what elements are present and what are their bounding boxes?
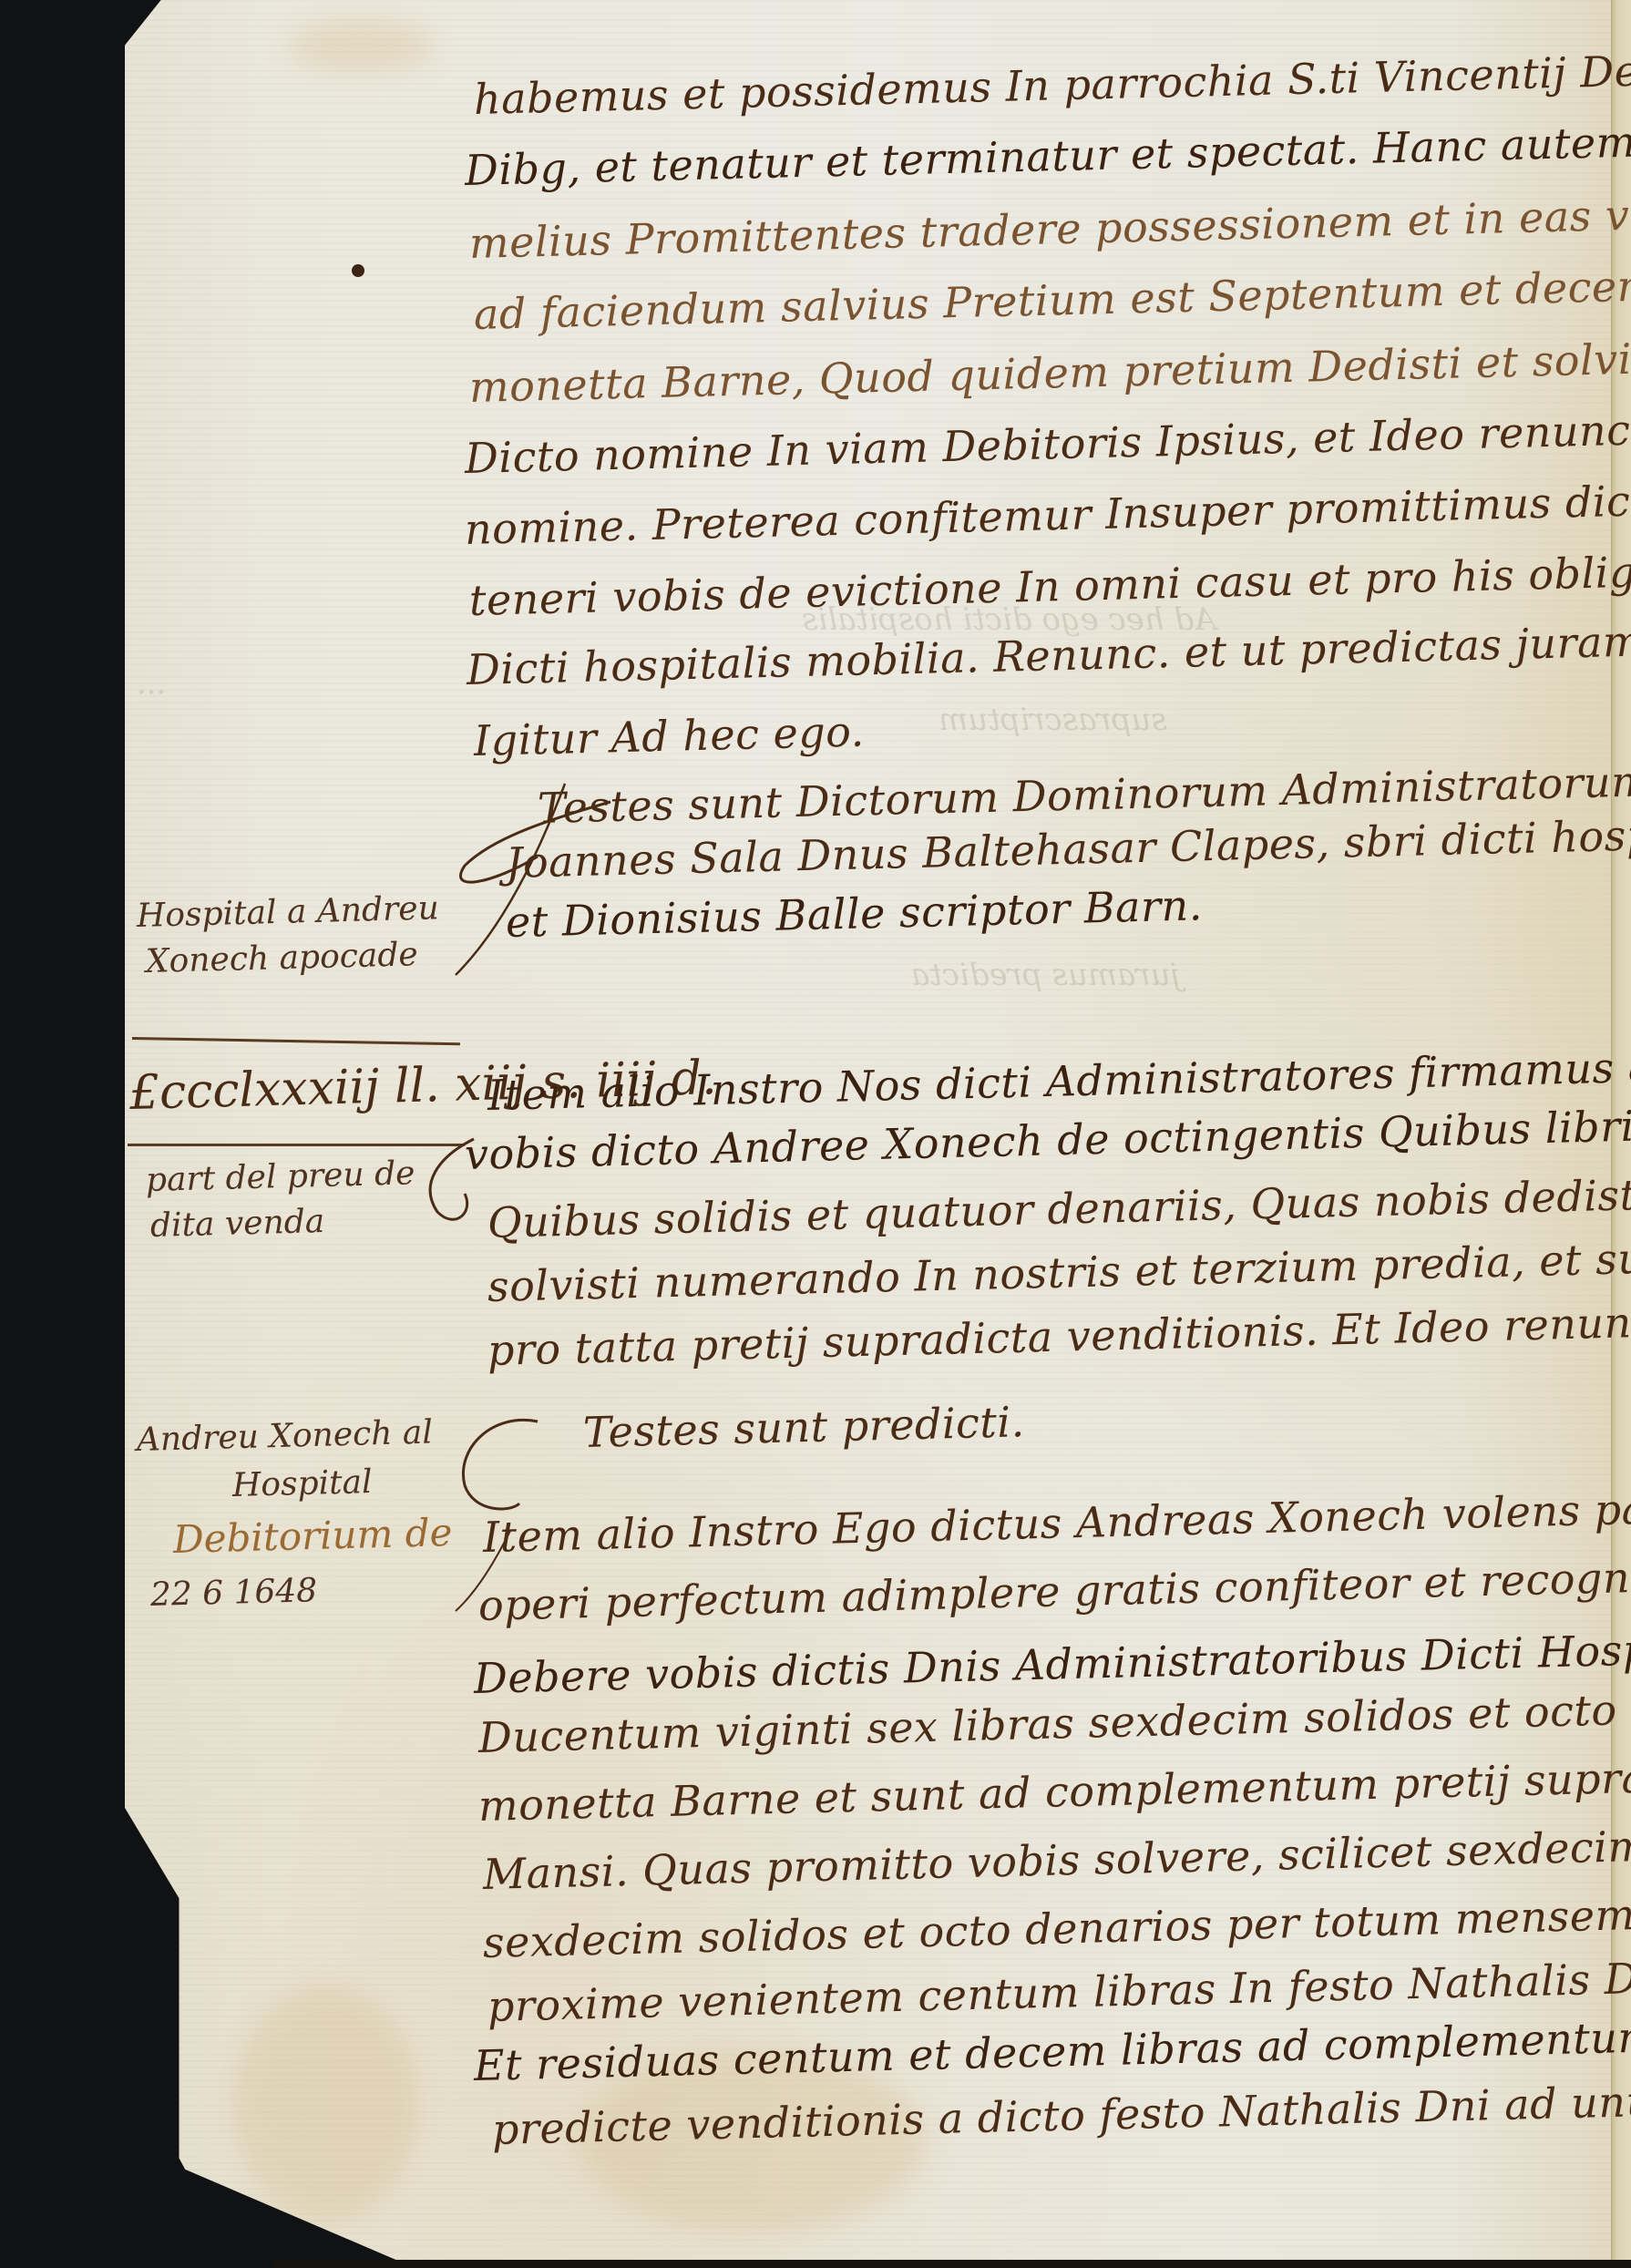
showthrough-text: juramus predicta — [911, 957, 1180, 993]
bracket-flourish — [437, 747, 620, 984]
margin-note: Andreu Xonech al — [136, 1414, 433, 1459]
page-bottom-edge — [273, 2260, 1631, 2268]
paper-stain — [289, 18, 435, 73]
paper-stain — [234, 1986, 416, 2223]
date-note: 22 6 1648 — [149, 1572, 317, 1614]
margin-note: Xonech apocade — [145, 936, 418, 980]
bracket-flourish — [437, 1394, 547, 1613]
margin-note: Hospital a Andreu — [136, 889, 439, 935]
ink-blot — [352, 264, 364, 277]
margin-note: Hospital — [231, 1463, 373, 1504]
margin-note: dita venda — [149, 1203, 324, 1245]
showthrough-text: ... — [137, 665, 166, 702]
bracket-flourish — [401, 1130, 483, 1239]
showthrough-text: suprascriptum — [939, 702, 1167, 738]
margin-note: part del preu de — [145, 1155, 415, 1199]
margin-note: Debitorium de — [172, 1510, 453, 1562]
